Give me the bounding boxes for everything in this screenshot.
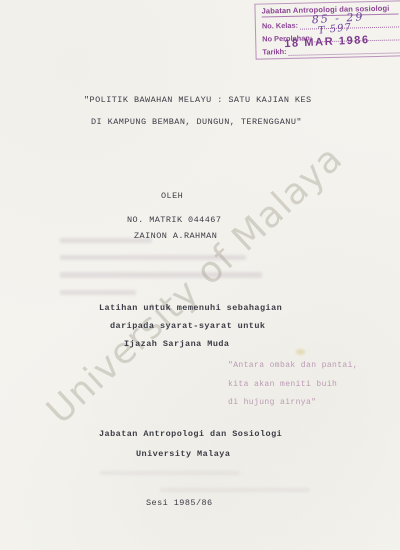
ink-bleed-line [60,255,246,260]
ink-bleed-line [100,471,240,475]
purpose-line2: daripada syarat-syarat untuk [110,321,265,331]
thesis-title-line2: DI KAMPUNG BEMBAN, DUNGUN, TERENGGANU" [91,117,302,127]
scanned-thesis-title-page: { "page": { "background_color": "#f4f3ee… [0,0,400,550]
stamp-label-no-kelas: No. Kelas: [262,21,298,31]
matric-number: NO. MATRIK 044467 [127,215,221,225]
paper-stain [296,349,305,355]
author-name: ZAINON A.RAHMAN [134,231,217,241]
thesis-title-line1: "POLITIK BAWAHAN MELAYU : SATU KAJIAN KE… [84,95,312,105]
department-name: Jabatan Antropologi dan Sosiologi [99,429,282,439]
purpose-line3: Ijazah Sarjana Muda [124,339,229,349]
faint-quote-line3: di hujung airnya" [228,398,316,407]
faint-quote-line1: "Antara ombak dan pantai, [228,361,358,370]
ink-bleed-line [60,272,262,278]
faint-quote-line2: kita akan meniti buih [228,380,337,389]
session-label: Sesi 1985/86 [146,498,213,508]
ink-bleed-line [60,290,136,295]
purpose-line1: Latihan untuk memenuhi sebahagian [99,303,282,313]
stamp-label-tarikh: Tarikh: [262,47,286,57]
oleh-label: OLEH [161,191,183,201]
university-name: University Malaya [136,449,230,459]
library-stamp: Jabatan Antropologi dan sosiologi No. Ke… [254,0,400,59]
ink-bleed-line [160,488,310,492]
